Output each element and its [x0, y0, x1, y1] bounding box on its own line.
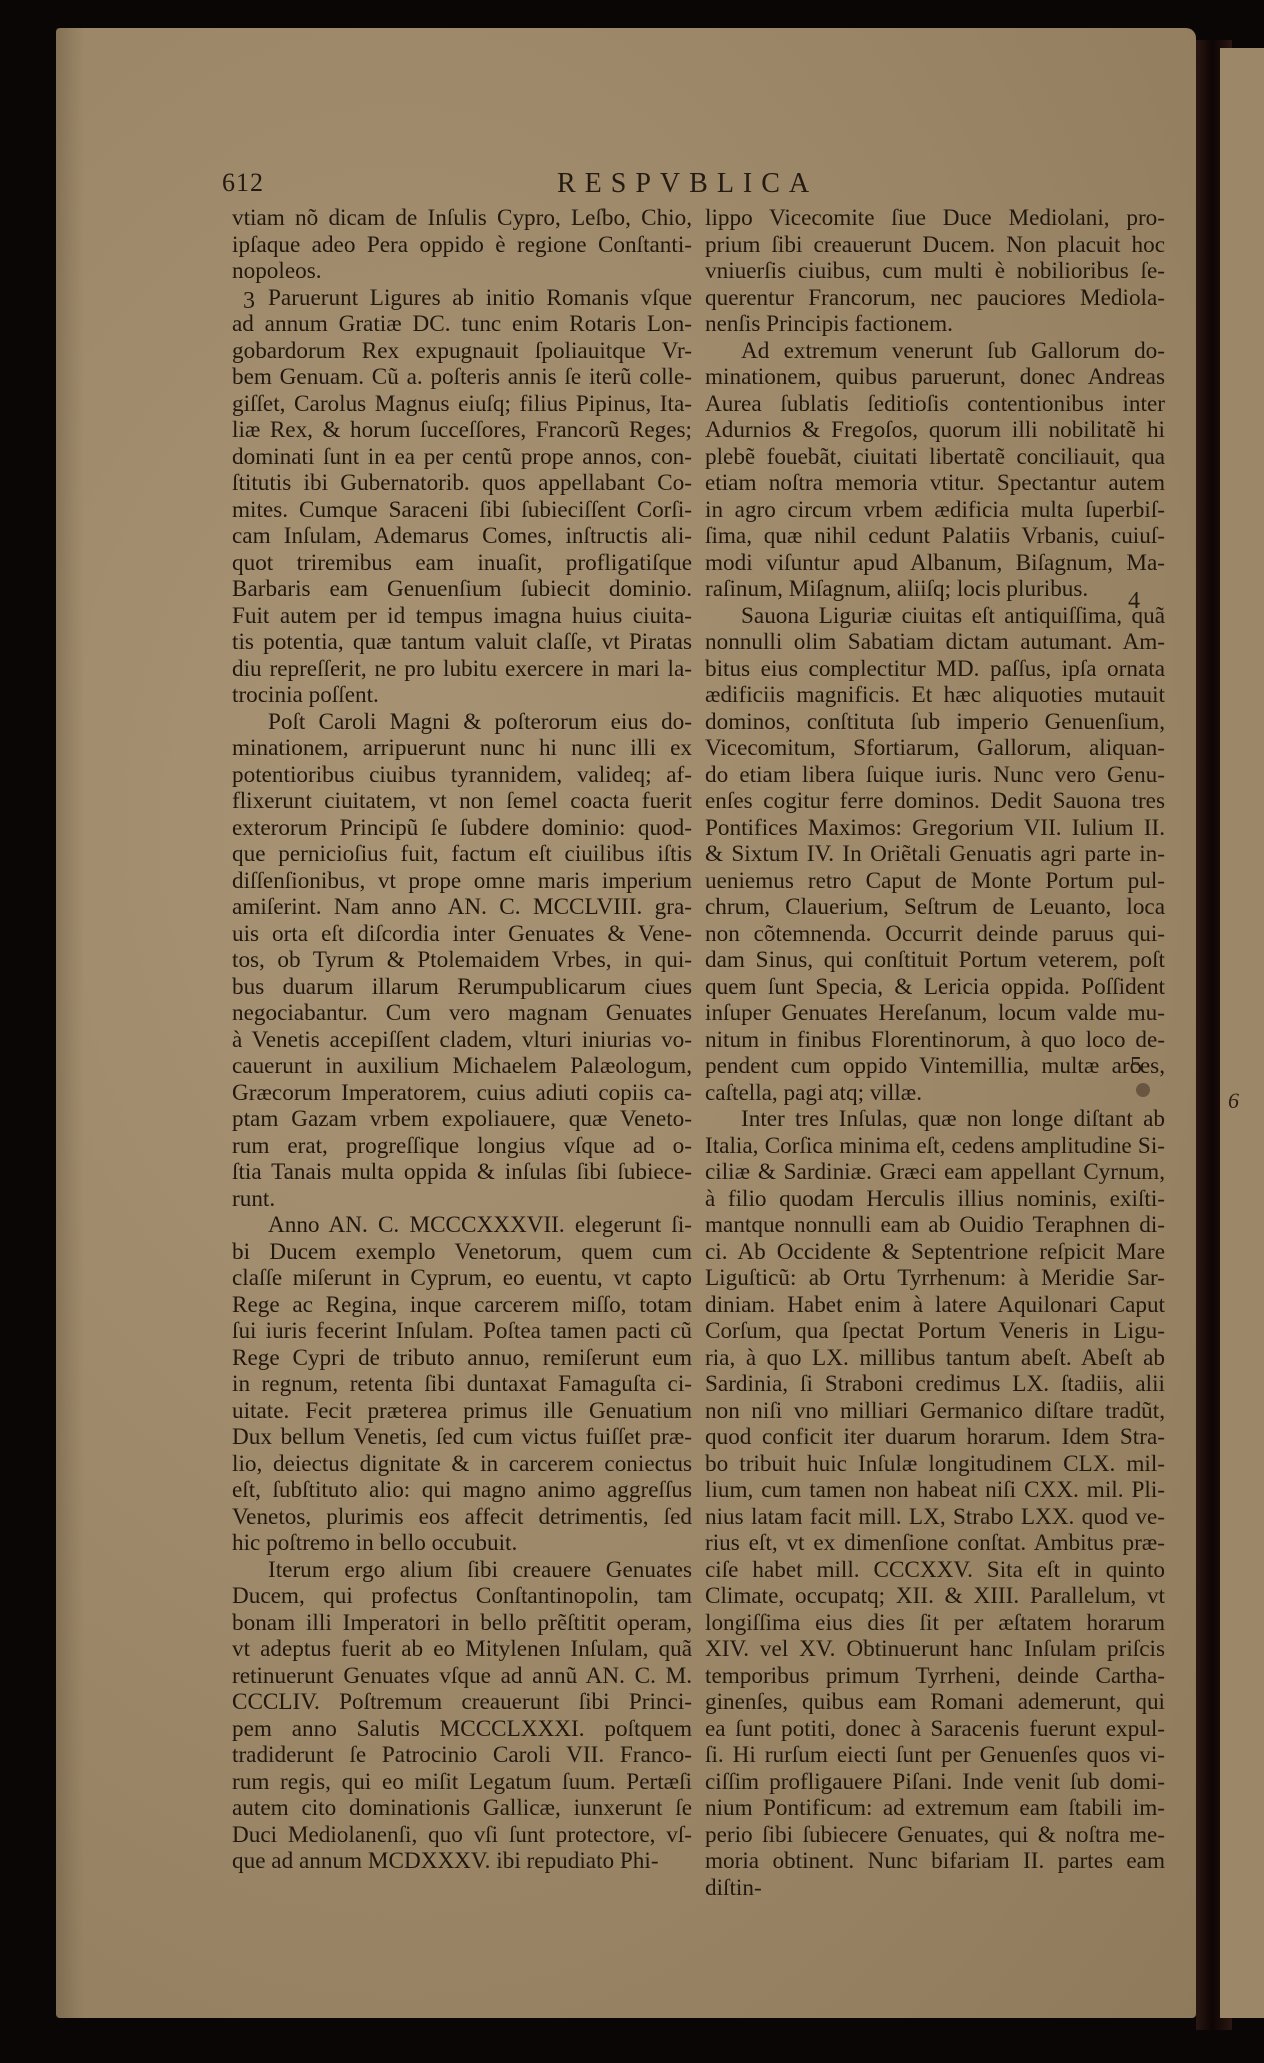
- text-line: ſtia Tanais multa oppida & inſulas ſibi …: [232, 1159, 692, 1186]
- page-header: 612 RESPVBLICA: [222, 168, 1264, 202]
- text-line: perio ſibi ſubiecere Genuates, qui & noſ…: [705, 1822, 1165, 1849]
- text-line: Ducem, qui profectus Conſtantinopolin, t…: [232, 1583, 692, 1610]
- left-text-column: vtiam nõ dicam de Inſulis Cypro, Leſbo, …: [232, 205, 692, 1875]
- text-line: ædificiis magnificis. Et hæc aliquoties …: [705, 682, 1165, 709]
- text-line: querentur Francorum, nec pauciores Medio…: [705, 285, 1165, 312]
- text-line: pem anno Salutis MCCCLXXXI. poſtquem: [232, 1716, 692, 1743]
- text-line: rum erat, progreſſique longius vſque ad …: [232, 1133, 692, 1160]
- text-line: Climate, occupatq; XII. & XIII. Parallel…: [705, 1583, 1165, 1610]
- text-line: pendent cum oppido Vintemillia, multæ ar…: [705, 1053, 1165, 1080]
- text-line: Græcorum Imperatorem, cuius adiuti copii…: [232, 1080, 692, 1107]
- text-line: minationem, quibus paruerunt, donec Andr…: [705, 364, 1165, 391]
- adjacent-page-edge: 6: [1220, 48, 1264, 2018]
- text-line: Liguſticũ: ab Ortu Tyrrhenum: à Meridie …: [705, 1265, 1165, 1292]
- text-line: Rege Cypri de tributo annuo, remiſerunt …: [232, 1345, 692, 1372]
- text-line: nenſis Principis factionem.: [705, 311, 1165, 338]
- text-line: dominati ſunt in ea per centũ prope anno…: [232, 444, 692, 471]
- text-line: CCCLIV. Poſtremum creauerunt ſibi Princi…: [232, 1689, 692, 1716]
- text-line: uitate. Fecit præterea primus ille Genua…: [232, 1398, 692, 1425]
- text-line: tos, ob Tyrum & Ptolemaidem Vrbes, in qu…: [232, 947, 692, 974]
- text-line: rum regis, qui eo miſit Legatum ſuum. Pe…: [232, 1769, 692, 1796]
- text-line: ſui iuris fecerint Inſulam. Poſtea tamen…: [232, 1318, 692, 1345]
- text-line: bo tribuit huic Inſulæ longitudinem CLX.…: [705, 1451, 1165, 1478]
- text-line: ueniemus retro Caput de Monte Portum pul…: [705, 868, 1165, 895]
- text-line: Fuit autem per id tempus imagna huius ci…: [232, 603, 692, 630]
- text-line: diu repreſſerit, ne pro lubitu exercere …: [232, 656, 692, 683]
- text-line: dominos, conſtituta ſub imperio Genuenſi…: [705, 709, 1165, 736]
- text-line: Paruerunt Ligures ab initio Romanis vſqu…: [232, 285, 692, 312]
- text-line: tis potentia, quæ tantum valuit claſſe, …: [232, 629, 692, 656]
- text-line: vt adeptus fuerit ab eo Mitylenen Inſula…: [232, 1636, 692, 1663]
- text-line: bi Ducem exemplo Venetorum, quem cum: [232, 1239, 692, 1266]
- text-line: à filio quodam Herculis illius nominis, …: [705, 1186, 1165, 1213]
- text-line: lium, cum tamen non habeat niſi CXX. mil…: [705, 1477, 1165, 1504]
- text-line: Duci Mediolanenſi, quo vſi ſunt protecto…: [232, 1822, 692, 1849]
- text-line: Inter tres Inſulas, quæ non longe diſtan…: [705, 1106, 1165, 1133]
- text-line: claſſe miſerunt in Cyprum, eo euentu, vt…: [232, 1265, 692, 1292]
- text-line: nitum in finibus Florentinorum, à quo lo…: [705, 1027, 1165, 1054]
- text-line: Vicecomitum, Sfortiarum, Gallorum, aliqu…: [705, 735, 1165, 762]
- text-line: ginenſes, quibus eam Romani ademerunt, q…: [705, 1689, 1165, 1716]
- text-line: longiſſima eius dies ſit per æſtatem hor…: [705, 1610, 1165, 1637]
- text-line: gobardorum Rex expugnauit ſpoliauitque V…: [232, 338, 692, 365]
- text-line: enſes cogitur ferre dominos. Dedit Sauon…: [705, 788, 1165, 815]
- text-line: chrum, Clauerium, Seſtrum de Leuanto, lo…: [705, 894, 1165, 921]
- text-line: nopoleos.: [232, 258, 692, 285]
- text-line: Venetos, plurimis eos affecit detrimenti…: [232, 1504, 692, 1531]
- text-line: quot triremibus eam inuaſit, profligatiſ…: [232, 550, 692, 577]
- text-line: Dux bellum Venetis, ſed cum victus fuiſſ…: [232, 1424, 692, 1451]
- text-line: Rege ac Regina, inque carcerem miſſo, to…: [232, 1292, 692, 1319]
- text-line: & Sixtum IV. In Oriẽtali Genuatis agri p…: [705, 841, 1165, 868]
- text-line: etiam noſtra memoria vtitur. Spectantur …: [705, 470, 1165, 497]
- text-line: ipſaque adeo Pera oppido è regione Conſt…: [232, 232, 692, 259]
- text-line: Adurnios & Fregoſos, quorum illi nobilit…: [705, 417, 1165, 444]
- text-line: que pernicioſius fuit, factum eſt ciuili…: [232, 841, 692, 868]
- text-line: Pontifices Maximos: Gregorium VII. Iuliu…: [705, 815, 1165, 842]
- text-line: quod conficit iter duarum horarum. Idem …: [705, 1424, 1165, 1451]
- text-line: rius eſt, vt ex dimenſione conſtat. Ambi…: [705, 1530, 1165, 1557]
- adjacent-page-margin-number: 6: [1228, 1088, 1239, 1114]
- text-line: Iterum ergo alium ſibi creauere Genuates: [232, 1557, 692, 1584]
- text-line: nius latam facit mill. LX, Strabo LXX. q…: [705, 1504, 1165, 1531]
- text-line: diniam. Habet enim à latere Aquilonari C…: [705, 1292, 1165, 1319]
- text-line: Ad extremum venerunt ſub Gallorum do-: [705, 338, 1165, 365]
- text-line: ea ſunt potiti, donec à Saracenis fuerun…: [705, 1716, 1165, 1743]
- text-line: que ad annum MCDXXXV. ibi repudiato Phi-: [232, 1848, 692, 1875]
- text-line: cam Inſulam, Ademarus Comes, inſtructis …: [232, 523, 692, 550]
- text-line: raſinum, Miſagnum, aliiſq; locis pluribu…: [705, 576, 1165, 603]
- text-line: diſtin-: [705, 1875, 1165, 1902]
- text-line: Barbaris eam Genuenſium ſubiecit dominio…: [232, 576, 692, 603]
- text-line: Anno AN. C. MCCCXXXVII. elegerunt ſi-: [232, 1212, 692, 1239]
- text-line: bitus eius complectitur MD. paſſus, ipſa…: [705, 656, 1165, 683]
- right-text-column: lippo Vicecomite ſiue Duce Mediolani, pr…: [705, 205, 1165, 1901]
- text-line: ci. Ab Occidente & Septentrione reſpicit…: [705, 1239, 1165, 1266]
- text-line: liæ Rex, & horum ſucceſſores, Francorũ R…: [232, 417, 692, 444]
- text-line: inſuper Genuates Hereſanum, locum valde …: [705, 1000, 1165, 1027]
- text-line: do etiam libera ſuique iuris. Nunc vero …: [705, 762, 1165, 789]
- text-line: non niſi vno milliari Germanico diſtare …: [705, 1398, 1165, 1425]
- text-line: exterorum Principũ ſe ſubdere dominio: q…: [232, 815, 692, 842]
- text-line: vtiam nõ dicam de Inſulis Cypro, Leſbo, …: [232, 205, 692, 232]
- text-line: caſtella, pagi atq; villæ.: [705, 1080, 1165, 1107]
- text-line: modi viſuntur apud Albanum, Biſagnum, Ma…: [705, 550, 1165, 577]
- text-line: giſſet, Carolus Magnus eiuſq; filius Pip…: [232, 391, 692, 418]
- text-line: nonnulli olim Sabatiam dictam autumant. …: [705, 629, 1165, 656]
- text-line: Corſum, qua ſpectat Portum Veneris in Li…: [705, 1318, 1165, 1345]
- text-line: bus duarum illarum Rerumpublicarum ciues: [232, 974, 692, 1001]
- text-line: potentioribus ciuibus tyrannidem, valide…: [232, 762, 692, 789]
- text-line: mantque nonnulli eam ab Ouidio Teraphnen…: [705, 1212, 1165, 1239]
- text-line: nium Pontificum: ad extremum eam ſtabili…: [705, 1795, 1165, 1822]
- text-line: hic poſtremo in bello occubuit.: [232, 1530, 692, 1557]
- text-line: flixerunt ciuitatem, vt non ſemel coacta…: [232, 788, 692, 815]
- text-line: negociabantur. Cum vero magnam Genuates: [232, 1000, 692, 1027]
- text-line: eſt, ſubſtituto alio: qui magno animo ag…: [232, 1477, 692, 1504]
- text-line: ciliæ & Sardiniæ. Græci eam appellant Cy…: [705, 1159, 1165, 1186]
- text-line: ſtitutis ibi Gubernatorib. quos appellab…: [232, 470, 692, 497]
- text-line: tradiderunt ſe Patrocinio Caroli VII. Fr…: [232, 1742, 692, 1769]
- text-line: ciſſim profligauere Piſani. Inde venit ſ…: [705, 1769, 1165, 1796]
- text-line: lio, deiectus dignitate & in carcerem co…: [232, 1451, 692, 1478]
- text-line: trocinia poſſent.: [232, 682, 692, 709]
- text-line: Sardinia, ſi Straboni credimus LX. ſtadi…: [705, 1371, 1165, 1398]
- text-line: quem ſunt Specia, & Lericia oppida. Poſſ…: [705, 974, 1165, 1001]
- text-line: à Venetis accepiſſent cladem, vlturi ini…: [232, 1027, 692, 1054]
- text-line: moria obtinent. Nunc bifariam II. partes…: [705, 1848, 1165, 1875]
- text-line: diſſenſionibus, vt prope omne maris impe…: [232, 868, 692, 895]
- text-line: minationem, arripuerunt nunc hi nunc ill…: [232, 735, 692, 762]
- text-line: retinuerunt Genuates vſque ad annũ AN. C…: [232, 1663, 692, 1690]
- text-line: prium ſibi creauerunt Ducem. Non placuit…: [705, 232, 1165, 259]
- text-line: vniuerſis ciuibus, cum multi è nobiliori…: [705, 258, 1165, 285]
- text-line: Italia, Corſica minima eſt, cedens ampli…: [705, 1133, 1165, 1160]
- text-line: ſima, quæ nihil cedunt Palatiis Vrbanis,…: [705, 523, 1165, 550]
- text-line: cauerunt in auxilium Michaelem Palæologu…: [232, 1053, 692, 1080]
- text-line: autem cito dominationis Gallicæ, iunxeru…: [232, 1795, 692, 1822]
- text-line: ad annum Gratiæ DC. tunc enim Rotaris Lo…: [232, 311, 692, 338]
- text-line: Sauona Liguriæ ciuitas eſt antiquiſſima,…: [705, 603, 1165, 630]
- text-line: XIV. vel XV. Obtinuerunt hanc Inſulam pr…: [705, 1636, 1165, 1663]
- text-line: dam Sinus, qui conſtituit Portum veterem…: [705, 947, 1165, 974]
- text-line: plebẽ fouebãt, ciuitati libertatẽ concil…: [705, 444, 1165, 471]
- text-line: amiſerint. Nam anno AN. C. MCCLVIII. gra…: [232, 894, 692, 921]
- text-line: ptam Gazam vrbem expoliauere, quæ Veneto…: [232, 1106, 692, 1133]
- page-number: 612: [222, 168, 264, 198]
- text-line: uis orta eſt diſcordia inter Genuates & …: [232, 921, 692, 948]
- running-title: RESPVBLICA: [557, 168, 818, 200]
- text-line: mites. Cumque Saraceni ſibi ſubieciſſent…: [232, 497, 692, 524]
- text-line: Poſt Caroli Magni & poſterorum eius do-: [232, 709, 692, 736]
- text-line: lippo Vicecomite ſiue Duce Mediolani, pr…: [705, 205, 1165, 232]
- text-line: non cõtemnenda. Occurrit deinde paruus q…: [705, 921, 1165, 948]
- text-line: temporibus primum Tyrrheni, deinde Carth…: [705, 1663, 1165, 1690]
- text-line: in agro circum vrbem ædificia multa ſupe…: [705, 497, 1165, 524]
- text-line: bem Genuam. Cũ a. poſteris annis ſe iter…: [232, 364, 692, 391]
- text-line: runt.: [232, 1186, 692, 1213]
- text-line: in regnum, retenta ſibi duntaxat Famaguſ…: [232, 1371, 692, 1398]
- text-line: ciſe habet mill. CCCXXV. Sita eſt in qui…: [705, 1557, 1165, 1584]
- text-line: ſi. Hi rurſum eiecti ſunt per Genuenſes …: [705, 1742, 1165, 1769]
- text-line: bonam illi Imperatori in bello prẽſtitit…: [232, 1610, 692, 1637]
- text-line: Aurea ſublatis ſeditioſis contentionibus…: [705, 391, 1165, 418]
- text-line: ria, à quo LX. millibus tantum abeſt. Ab…: [705, 1345, 1165, 1372]
